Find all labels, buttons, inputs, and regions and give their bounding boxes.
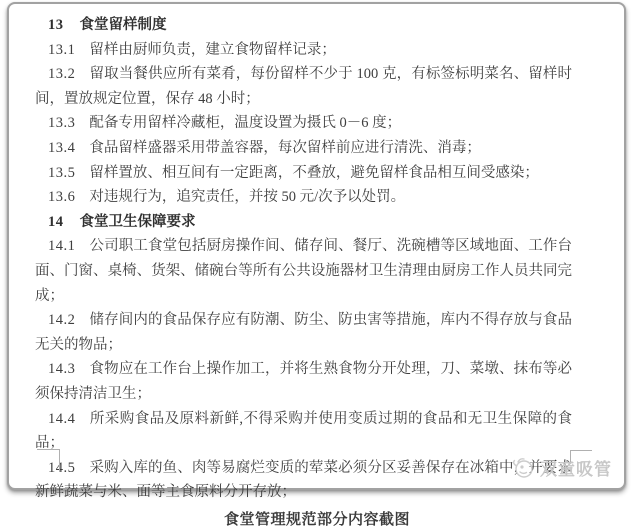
text-boundary-mark-bottom-left [37, 449, 60, 472]
clause-text: 储存间内的食品保存应有防潮、防尘、防虫害等措施，库内不得存放与食品无关的物品； [35, 312, 572, 353]
watermark-text: 双童吸管 [540, 455, 612, 480]
figure-caption: 食堂管理规范部分内容截图 [0, 508, 634, 529]
document-content: 13食堂留样制度 13.1留样由厨师负责，建立食物留样记录； 13.2留取当餐供… [35, 13, 572, 505]
mascot-face-icon [508, 454, 536, 480]
clause-13-4: 13.4食品留样盛器采用带盖容器，每次留样前应进行清洗、消毒； [35, 136, 572, 161]
clause-text: 采购入库的鱼、肉等易腐烂变质的荤菜必须分区妥善保存在冰箱中，并要求新鲜蔬菜与米、… [35, 460, 572, 501]
section-title: 食堂留样制度 [80, 17, 167, 33]
clause-14-4: 14.4所采购食品及原料新鲜,不得采购并使用变质过期的食品和无卫生保障的食品； [35, 407, 572, 456]
watermark: 双童吸管 [508, 454, 612, 480]
clause-number: 13.6 [48, 189, 75, 205]
clause-14-1: 14.1公司职工食堂包括厨房操作间、储存间、餐厅、洗碗槽等区域地面、工作台面、门… [35, 234, 572, 308]
section-heading-13: 13食堂留样制度 [35, 13, 572, 38]
clause-number: 13.4 [48, 140, 75, 156]
clause-number: 13.5 [48, 165, 75, 181]
clause-text: 留样由厨师负责，建立食物留样记录； [89, 42, 336, 58]
section-heading-14: 14食堂卫生保障要求 [35, 210, 572, 235]
clause-text: 公司职工食堂包括厨房操作间、储存间、餐厅、洗碗槽等区域地面、工作台面、门窗、桌椅… [35, 238, 572, 303]
clause-13-2: 13.2留取当餐供应所有菜肴，每份留样不少于 100 克，有标签标明菜名、留样时… [35, 62, 572, 111]
figure: 13食堂留样制度 13.1留样由厨师负责，建立食物留样记录； 13.2留取当餐供… [0, 0, 634, 529]
clause-14-5: 14.5采购入库的鱼、肉等易腐烂变质的荤菜必须分区妥善保存在冰箱中，并要求新鲜蔬… [35, 456, 572, 505]
clause-text: 留取当餐供应所有菜肴，每份留样不少于 100 克，有标签标明菜名、留样时间，置放… [35, 66, 572, 107]
clause-text: 食品留样盛器采用带盖容器，每次留样前应进行清洗、消毒； [89, 140, 481, 156]
clause-text: 留样置放、相互间有一定距离，不叠放，避免留样食品相互间受感染； [89, 165, 539, 181]
clause-13-1: 13.1留样由厨师负责，建立食物留样记录； [35, 38, 572, 63]
section-title: 食堂卫生保障要求 [80, 214, 196, 230]
clause-14-2: 14.2储存间内的食品保存应有防潮、防尘、防虫害等措施，库内不得存放与食品无关的… [35, 308, 572, 357]
clause-number: 14.3 [48, 361, 75, 377]
clause-number: 13.2 [48, 66, 75, 82]
clause-number: 13.3 [48, 115, 75, 131]
clause-text: 食物应在工作台上操作加工，并将生熟食物分开处理，刀、菜墩、抹布等必须保持清洁卫生… [35, 361, 572, 402]
clause-13-5: 13.5留样置放、相互间有一定距离，不叠放，避免留样食品相互间受感染； [35, 161, 572, 186]
document-page: 13食堂留样制度 13.1留样由厨师负责，建立食物留样记录； 13.2留取当餐供… [7, 2, 626, 490]
clause-text: 对违规行为，追究责任，并按 50 元/次予以处罚。 [89, 189, 405, 205]
clause-number: 13.1 [48, 42, 75, 58]
clause-13-3: 13.3配备专用留样冷藏柜，温度设置为摄氏 0－6 度； [35, 111, 572, 136]
clause-text: 配备专用留样冷藏柜，温度设置为摄氏 0－6 度； [89, 115, 401, 131]
section-number: 13 [48, 17, 64, 33]
clause-number: 14.4 [48, 411, 75, 427]
section-number: 14 [48, 214, 64, 230]
clause-text: 所采购食品及原料新鲜,不得采购并使用变质过期的食品和无卫生保障的食品； [35, 411, 572, 452]
clause-14-3: 14.3食物应在工作台上操作加工，并将生熟食物分开处理，刀、菜墩、抹布等必须保持… [35, 357, 572, 406]
clause-number: 14.2 [48, 312, 75, 328]
clause-number: 14.1 [48, 238, 75, 254]
clause-13-6: 13.6对违规行为，追究责任，并按 50 元/次予以处罚。 [35, 185, 572, 210]
